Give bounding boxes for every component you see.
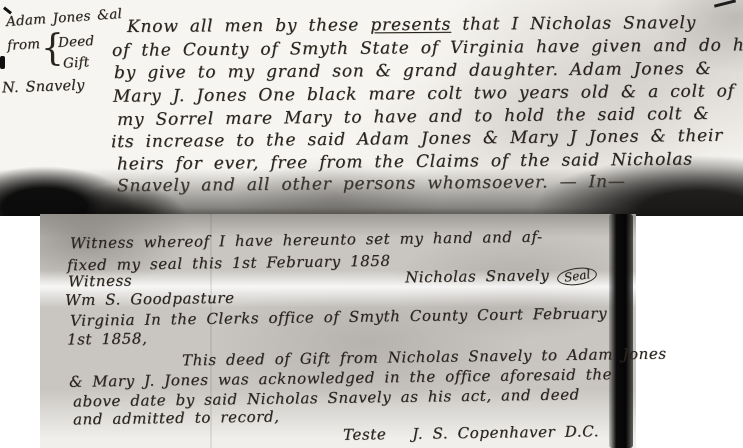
deed-line-6: its increase to the said Adam Jones & Ma… xyxy=(111,126,723,152)
witness-name: Wm S. Goodpasture xyxy=(65,289,235,309)
deed-line-2: of the County of Smyth State of Virginia… xyxy=(112,35,743,61)
scan-edge-black-band xyxy=(609,214,633,448)
bottom-scan-strip: Witness whereof I have hereunto set my h… xyxy=(40,214,636,448)
deed-line-1-underlined-word: presents xyxy=(370,15,451,36)
deed-line-7: heirs for ever, free from the Claims of … xyxy=(117,149,693,174)
scanned-deed-document: Adam Jones &al from { Deed Gift N. Snave… xyxy=(0,0,743,448)
deed-line-1-post: that I Nicholas Snavely xyxy=(451,13,696,35)
margin-doc-type-deed: Deed xyxy=(58,33,95,51)
grantor-signature-row: Nicholas SnavelySeal xyxy=(405,266,598,288)
scan-artifact-mark xyxy=(0,56,5,69)
top-scan-strip: Adam Jones &al from { Deed Gift N. Snave… xyxy=(0,0,743,216)
clerk-line-2: 1st 1858, xyxy=(67,329,148,348)
deed-line-4: Mary J. Jones One black mare colt two ye… xyxy=(113,81,735,106)
margin-doc-type-gift: Gift xyxy=(63,54,90,71)
margin-grantor-name: N. Snavely xyxy=(2,78,85,97)
clerk-line-1: Virginia In the Clerks office of Smyth C… xyxy=(70,304,607,329)
deed-line-3: by give to my grand son & grand daughter… xyxy=(114,59,712,83)
margin-grantee-name: Adam Jones &al xyxy=(6,6,123,30)
attestation-line-1: Witness whereof I have hereunto set my h… xyxy=(70,228,543,253)
clerk-line-6: and admitted to record, xyxy=(73,408,280,429)
grantor-signature: Nicholas Snavely xyxy=(405,266,550,286)
teste-row: TesteJ. S. Copenhaver D.C. xyxy=(343,422,599,444)
deed-line-1-pre: Know all men by these xyxy=(127,15,370,37)
scan-artifact-mark xyxy=(714,0,736,8)
teste-label: Teste xyxy=(343,425,387,444)
deed-line-8: Snavely and all other persons whomsoever… xyxy=(117,172,626,196)
margin-from-label: from xyxy=(7,36,41,54)
clerk-signature: J. S. Copenhaver D.C. xyxy=(412,422,599,443)
deed-line-1: Know all men by these presents that I Ni… xyxy=(127,13,696,37)
witness-label: Witness xyxy=(68,272,132,291)
seal-mark: Seal xyxy=(556,265,598,287)
